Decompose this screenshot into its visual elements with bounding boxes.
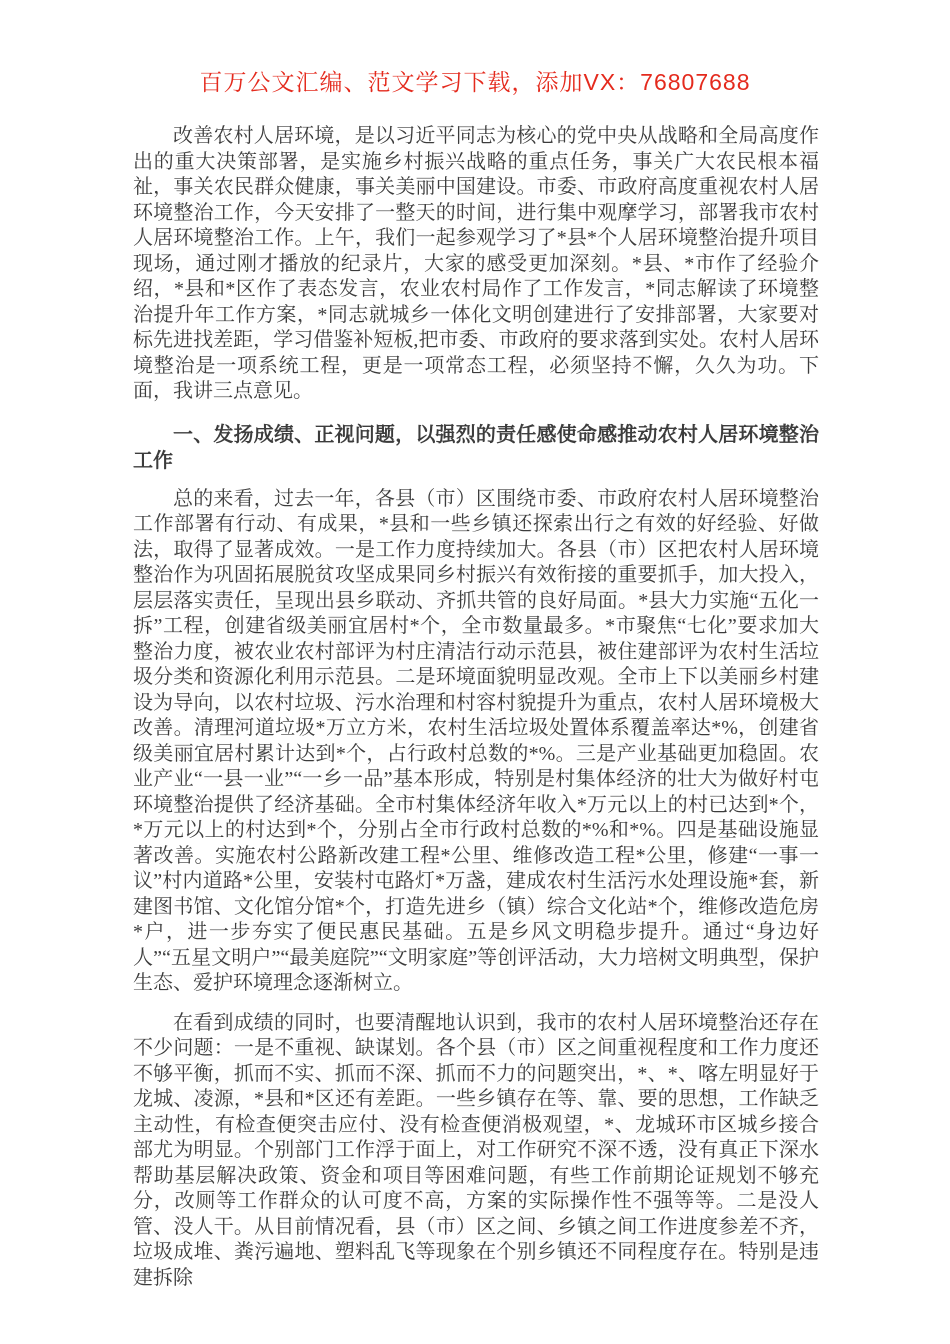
paragraph-intro: 改善农村人居环境，是以习近平同志为核心的党中央从战略和全局高度作出的重大决策部署… (133, 124, 819, 405)
paragraph-achievements: 总的来看，过去一年，各县（市）区围绕市委、市政府农村人居环境整治工作部署有行动、… (133, 487, 819, 997)
document-body: 改善农村人居环境，是以习近平同志为核心的党中央从战略和全局高度作出的重大决策部署… (133, 124, 819, 1291)
ad-banner-text: 百万公文汇编、范文学习下载，添加VX：76807688 (0, 0, 950, 97)
paragraph-problems: 在看到成绩的同时，也要清醒地认识到，我市的农村人居环境整治还存在不少问题：一是不… (133, 1011, 819, 1292)
document-page: 百万公文汇编、范文学习下载，添加VX：76807688 改善农村人居环境，是以习… (0, 0, 950, 1344)
section-heading-1: 一、发扬成绩、正视问题，以强烈的责任感使命感推动农村人居环境整治工作 (133, 422, 819, 474)
